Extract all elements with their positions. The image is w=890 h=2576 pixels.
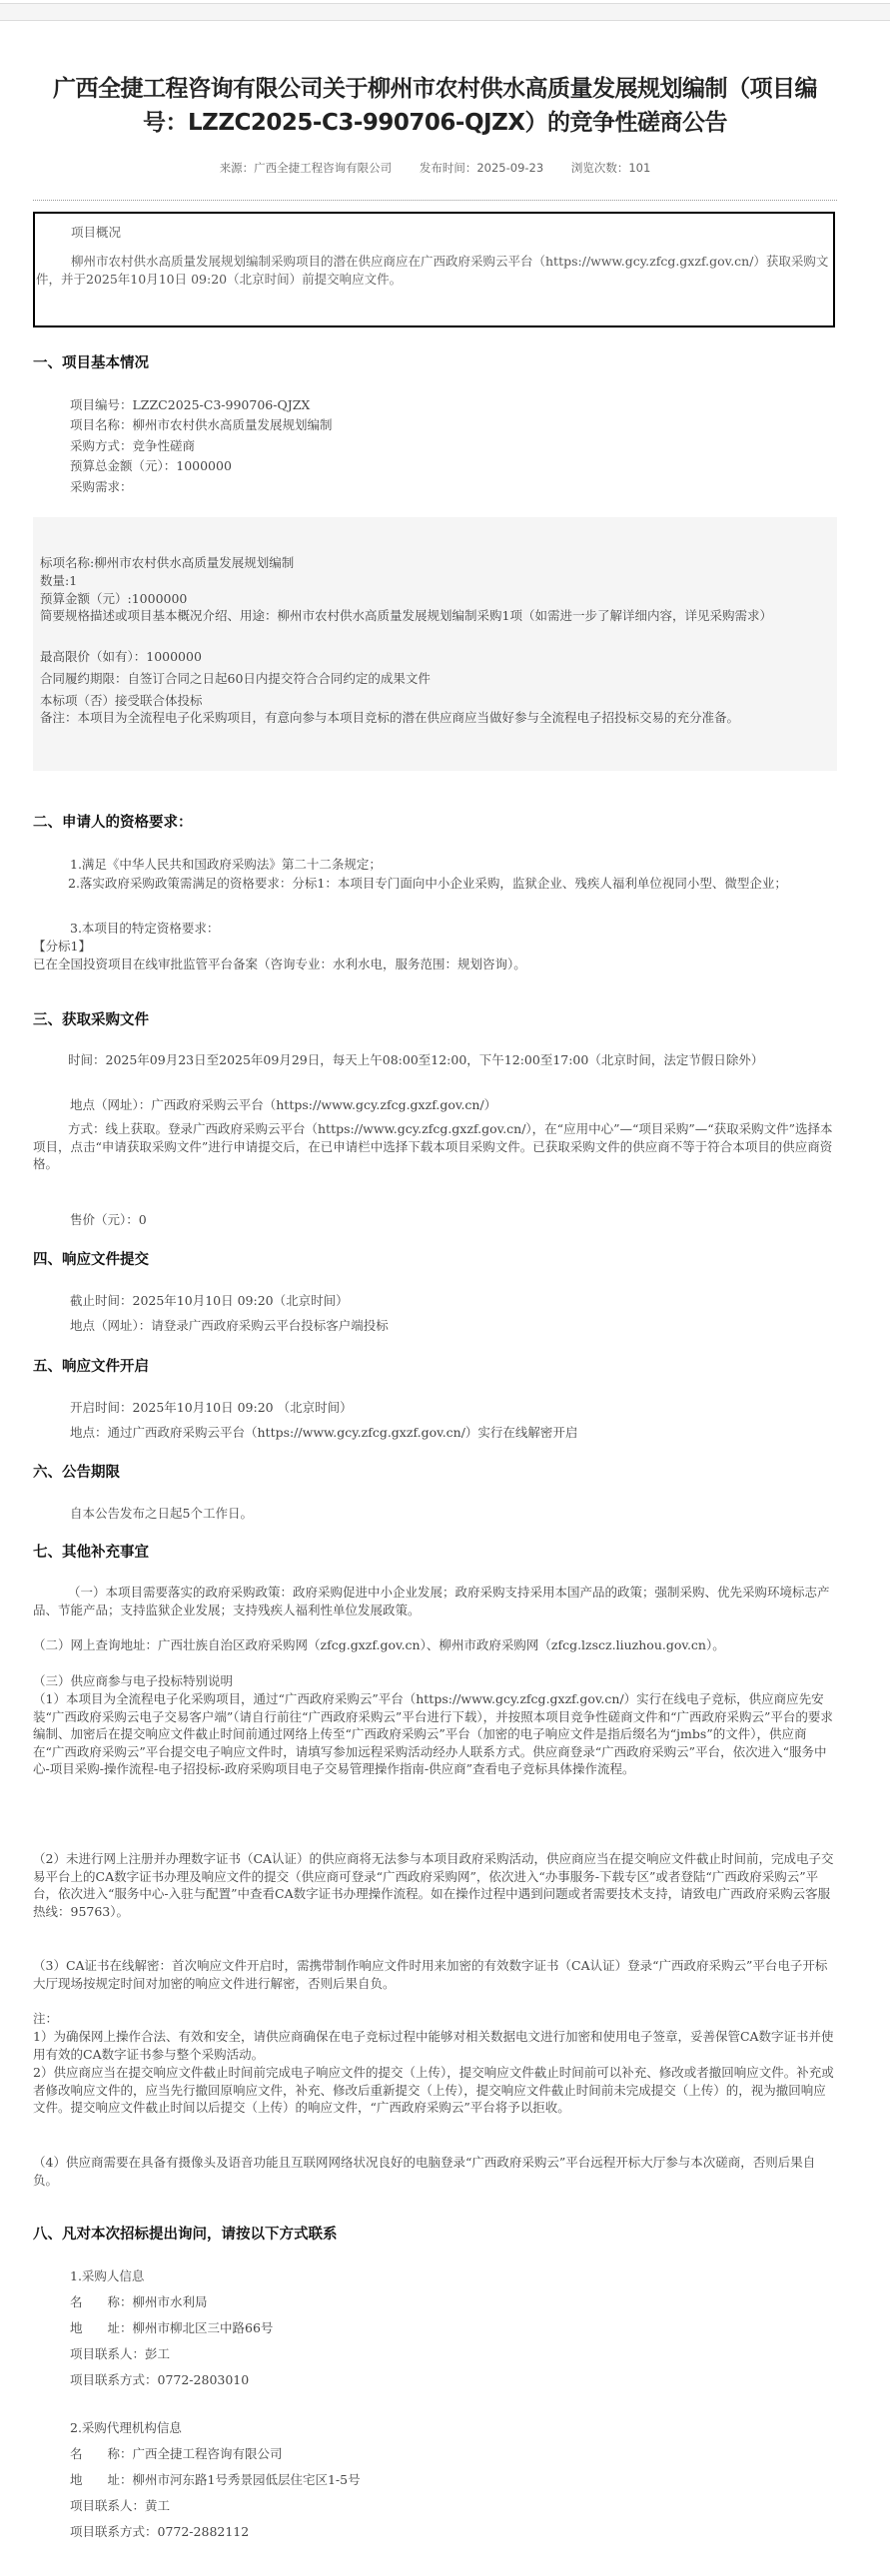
contract-period: 合同履约期限：自签订合同之日起60日内提交符合合同约定的成果文件 <box>40 669 431 687</box>
section-1-heading: 一、项目基本情况 <box>33 351 149 372</box>
note-label: 注： <box>33 2010 837 2028</box>
section-5-heading: 五、响应文件开启 <box>33 1355 149 1376</box>
section-8-heading: 八、凡对本次招标提出询问，请按以下方式联系 <box>33 2223 338 2244</box>
source-label: 来源：广西全捷工程咨询有限公司 <box>220 161 393 175</box>
purchaser-name: 名 称：柳州市水利局 <box>70 2292 208 2310</box>
view-count: 浏览次数：101 <box>571 161 650 175</box>
submission-place: 地点（网址）：请登录广西政府采购云平台投标客户端投标 <box>70 1316 389 1334</box>
agency-contact: 项目联系人：黄工 <box>70 2496 170 2514</box>
top-bar <box>0 3 890 21</box>
purchaser-contact: 项目联系人：彭工 <box>70 2344 170 2362</box>
query-address: （二）网上查询地址：广西壮族自治区政府采购网（zfcg.gxzf.gov.cn）… <box>33 1636 837 1654</box>
requirement-block: 标项名称:柳州市农村供水高质量发展规划编制 数量:1 预算金额（元）:10000… <box>33 517 837 771</box>
overview-box: 项目概况 柳州市农村供水高质量发展规划编制采购项目的潜在供应商应在广西政府采购云… <box>33 212 835 327</box>
e-bid-note-2: （2）未进行网上注册并办理数字证书（CA认证）的供应商将无法参与本项目政府采购活… <box>33 1850 837 1920</box>
requirement-label: 采购需求： <box>70 477 133 495</box>
e-bid-note-3: （3）CA证书在线解密：首次响应文件开启时，需携带制作响应文件时用来加密的有效数… <box>33 1957 837 1992</box>
section-2-heading: 二、申请人的资格要求： <box>33 811 193 832</box>
acquisition-place: 地点（网址）：广西政府采购云平台（https://www.gcy.zfcg.gx… <box>70 1095 496 1113</box>
note-item-2: 2）供应商应当在提交响应文件截止时间前完成电子响应文件的提交（上传），提交响应文… <box>33 2064 837 2117</box>
lot-label: 【分标1】 <box>33 937 91 955</box>
page-title: 广西全捷工程咨询有限公司关于柳州市农村供水高质量发展规划编制（项目编号：LZZC… <box>33 72 837 140</box>
overview-heading: 项目概况 <box>71 223 121 241</box>
agency-address: 地 址：柳州市河东路1号秀景园低层住宅区1-5号 <box>70 2470 361 2488</box>
section-4-heading: 四、响应文件提交 <box>33 1248 149 1269</box>
opening-time: 开启时间：2025年10月10日 09:20 （北京时间） <box>70 1398 353 1416</box>
qualification-item-1: 1.满足《中华人民共和国政府采购法》第二十二条规定； <box>70 855 382 873</box>
divider <box>33 200 837 201</box>
lot-budget: 预算金额（元）:1000000 <box>40 589 187 607</box>
note-item-1: 1）为确保网上操作合法、有效和安全，请供应商确保在电子竞标过程中能够对相关数据电… <box>33 2028 837 2063</box>
e-bid-note-4: （4）供应商需要在具备有摄像头及语音功能且互联网网络状况良好的电脑登录“广西政府… <box>33 2154 837 2189</box>
consortium-bid: 本标项（否）接受联合体投标 <box>40 691 203 709</box>
purchaser-address: 地 址：柳州市柳北区三中路66号 <box>70 2318 273 2336</box>
quantity: 数量:1 <box>40 571 77 589</box>
purchaser-phone: 项目联系方式：0772-2803010 <box>70 2370 249 2388</box>
section-3-heading: 三、获取采购文件 <box>33 1008 149 1029</box>
project-name: 项目名称：柳州市农村供水高质量发展规划编制 <box>70 415 333 433</box>
e-bid-heading: （三）供应商参与电子投标特别说明 <box>33 1672 837 1690</box>
acquisition-method: 方式：线上获取。登录广西政府采购云平台（https://www.gcy.zfcg… <box>33 1120 837 1173</box>
lot-description: 简要规格描述或项目基本概况介绍、用途：柳州市农村供水高质量发展规划编制采购1项（… <box>40 607 831 625</box>
agency-name: 名 称：广西全捷工程咨询有限公司 <box>70 2444 283 2462</box>
qualification-item-2: 2.落实政府采购政策需满足的资格要求：分标1：本项目专门面向中小企业采购，监狱企… <box>33 875 837 893</box>
agency-title: 2.采购代理机构信息 <box>70 2418 182 2436</box>
section-6-heading: 六、公告期限 <box>33 1461 120 1482</box>
policy-paragraph: （一）本项目需要落实的政府采购政策：政府采购促进中小企业发展；政府采购支持采用本… <box>33 1584 837 1618</box>
lot-qualification: 已在全国投资项目在线审批监管平台备案（咨询专业：水利水电，服务范围：规划咨询）。 <box>33 955 526 972</box>
lot-remark: 备注：本项目为全流程电子化采购项目，有意向参与本项目竞标的潜在供应商应当做好参与… <box>40 709 831 727</box>
section-7-heading: 七、其他补充事宜 <box>33 1541 149 1562</box>
e-bid-note-1: （1）本项目为全流程电子化采购项目，通过“广西政府采购云”平台（https://… <box>33 1690 837 1778</box>
document-price: 售价（元）：0 <box>70 1210 147 1228</box>
project-number: 项目编号：LZZC2025-C3-990706-QJZX <box>70 395 310 413</box>
overview-text: 柳州市农村供水高质量发展规划编制采购项目的潜在供应商应在广西政府采购云平台（ht… <box>36 253 830 289</box>
submission-deadline: 截止时间：2025年10月10日 09:20（北京时间） <box>70 1291 349 1309</box>
procurement-method: 采购方式：竞争性磋商 <box>70 436 195 454</box>
opening-place: 地点：通过广西政府采购云平台（https://www.gcy.zfcg.gxzf… <box>70 1423 577 1441</box>
max-price: 最高限价（如有）：1000000 <box>40 647 202 665</box>
lot-name: 标项名称:柳州市农村供水高质量发展规划编制 <box>40 553 294 571</box>
acquisition-time: 时间：2025年09月23日至2025年09月29日，每天上午08:00至12:… <box>33 1051 837 1069</box>
qualification-item-3: 3.本项目的特定资格要求： <box>70 919 219 937</box>
article-meta: 来源：广西全捷工程咨询有限公司 发布时间：2025-09-23 浏览次数：101 <box>33 160 837 176</box>
purchaser-title: 1.采购人信息 <box>70 2266 144 2284</box>
publish-time: 发布时间：2025-09-23 <box>420 161 543 175</box>
budget-total: 预算总金额（元）：1000000 <box>70 456 232 474</box>
announcement-period: 自本公告发布之日起5个工作日。 <box>70 1504 253 1522</box>
agency-phone: 项目联系方式：0772-2882112 <box>70 2522 249 2540</box>
